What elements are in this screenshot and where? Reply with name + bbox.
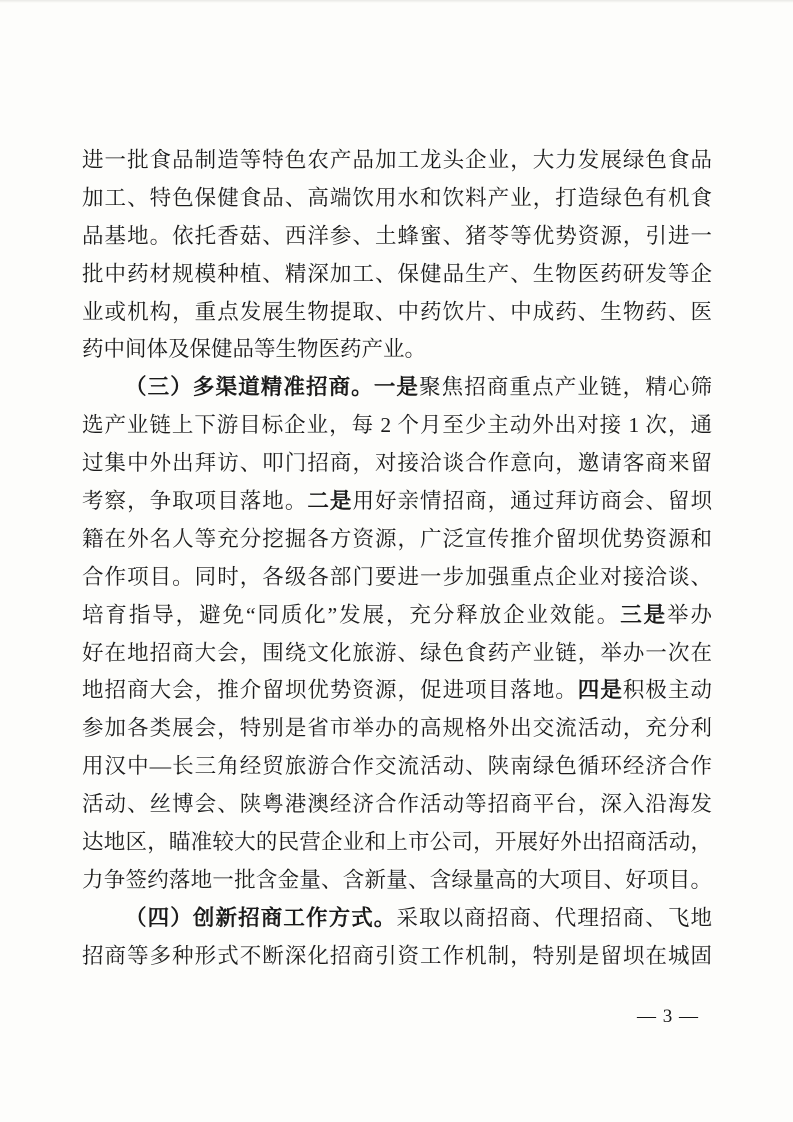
text-line: 培育指导，避免“同质化”发展，充分释放企业效能。三是举办 xyxy=(82,597,712,635)
body-text: 加工、特色保健食品、高端饮用水和饮料产业，打造绿色有机食 xyxy=(82,186,712,210)
text-line: 活动、丝博会、陕粤港澳经济合作活动等招商平台，深入沿海发 xyxy=(82,786,712,824)
emphasis-text: 四是 xyxy=(578,678,623,702)
body-text: 用好亲情招商，通过拜访商会、留坝 xyxy=(352,489,712,513)
text-line: 参加各类展会，特别是省市举办的高规格外出交流活动，充分利 xyxy=(82,710,712,748)
body-text: 地招商大会，推介留坝优势资源，促进项目落地。 xyxy=(82,678,578,702)
text-line: 籍在外名人等充分挖掘各方资源，广泛宣传推介留坝优势资源和 xyxy=(82,521,712,559)
emphasis-text: （四）创新招商工作方式。 xyxy=(125,906,396,930)
body-text: 过集中外出拜访、叩门招商，对接洽谈合作意向，邀请客商来留 xyxy=(82,451,712,475)
body-text: 选产业链上下游目标企业，每 2 个月至少主动外出对接 1 次，通 xyxy=(82,413,712,437)
document-page: 进一批食品制造等特色农产品加工龙头企业，大力发展绿色食品加工、特色保健食品、高端… xyxy=(0,0,793,1122)
text-line: 达地区，瞄准较大的民营企业和上市公司，开展好外出招商活动， xyxy=(82,824,712,862)
page-number: — 3 — xyxy=(637,1003,699,1031)
text-line: 地招商大会，推介留坝优势资源，促进项目落地。四是积极主动 xyxy=(82,672,712,710)
text-line: 品基地。依托香菇、西洋参、土蜂蜜、猪苓等优势资源，引进一 xyxy=(82,218,712,256)
body-text: 考察，争取项目落地。 xyxy=(82,489,307,513)
body-text: 积极主动 xyxy=(623,678,712,702)
scan-edge-artifact xyxy=(0,0,793,3)
text-line: 力争签约落地一批含金量、含新量、含绿量高的大项目、好项目。 xyxy=(82,862,712,900)
body-text: 力争签约落地一批含金量、含新量、含绿量高的大项目、好项目。 xyxy=(82,868,712,892)
text-line: 进一批食品制造等特色农产品加工龙头企业，大力发展绿色食品 xyxy=(82,142,712,180)
emphasis-text: 二是 xyxy=(307,489,352,513)
body-text: 举办 xyxy=(667,603,712,627)
body-text: 用汉中—长三角经贸旅游合作交流活动、陕南绿色循环经济合作 xyxy=(82,754,712,778)
body-text: 聚焦招商重点产业链，精心筛 xyxy=(419,375,712,399)
text-line: （四）创新招商工作方式。采取以商招商、代理招商、飞地 xyxy=(82,900,712,938)
body-text: 招商等多种形式不断深化招商引资工作机制，特别是留坝在城固 xyxy=(82,944,712,968)
text-line: 业或机构，重点发展生物提取、中药饮片、中成药、生物药、医 xyxy=(82,294,712,332)
text-line: 用汉中—长三角经贸旅游合作交流活动、陕南绿色循环经济合作 xyxy=(82,748,712,786)
emphasis-text: 一是 xyxy=(374,375,419,399)
text-line: 选产业链上下游目标企业，每 2 个月至少主动外出对接 1 次，通 xyxy=(82,407,712,445)
body-text: 批中药材规模种植、精深加工、保健品生产、生物医药研发等企 xyxy=(82,262,712,286)
body-text: 品基地。依托香菇、西洋参、土蜂蜜、猪苓等优势资源，引进一 xyxy=(82,224,712,248)
text-line: 加工、特色保健食品、高端饮用水和饮料产业，打造绿色有机食 xyxy=(82,180,712,218)
body-text: 好在地招商大会，围绕文化旅游、绿色食药产业链，举办一次在 xyxy=(82,641,712,665)
body-text: 业或机构，重点发展生物提取、中药饮片、中成药、生物药、医 xyxy=(82,300,712,324)
text-line: 合作项目。同时，各级各部门要进一步加强重点企业对接洽谈、 xyxy=(82,559,712,597)
body-text: 培育指导，避免“同质化”发展，充分释放企业效能。 xyxy=(82,603,620,627)
text-line: 考察，争取项目落地。二是用好亲情招商，通过拜访商会、留坝 xyxy=(82,483,712,521)
text-line: 过集中外出拜访、叩门招商，对接洽谈合作意向，邀请客商来留 xyxy=(82,445,712,483)
body-text: 达地区，瞄准较大的民营企业和上市公司，开展好外出招商活动， xyxy=(82,830,712,854)
body-text: 采取以商招商、代理招商、飞地 xyxy=(396,906,712,930)
body-text: 合作项目。同时，各级各部门要进一步加强重点企业对接洽谈、 xyxy=(82,565,712,589)
body-text: 药中间体及保健品等生物医药产业。 xyxy=(82,337,426,361)
body-text: 参加各类展会，特别是省市举办的高规格外出交流活动，充分利 xyxy=(82,716,712,740)
text-line: 批中药材规模种植、精深加工、保健品生产、生物医药研发等企 xyxy=(82,256,712,294)
emphasis-text: （三）多渠道精准招商。 xyxy=(125,375,374,399)
text-line: 好在地招商大会，围绕文化旅游、绿色食药产业链，举办一次在 xyxy=(82,635,712,673)
text-line: （三）多渠道精准招商。一是聚焦招商重点产业链，精心筛 xyxy=(82,369,712,407)
body-text: 活动、丝博会、陕粤港澳经济合作活动等招商平台，深入沿海发 xyxy=(82,792,712,816)
text-line: 药中间体及保健品等生物医药产业。 xyxy=(82,331,712,369)
text-block: 进一批食品制造等特色农产品加工龙头企业，大力发展绿色食品加工、特色保健食品、高端… xyxy=(82,142,712,976)
body-text: 籍在外名人等充分挖掘各方资源，广泛宣传推介留坝优势资源和 xyxy=(82,527,712,551)
body-text: 进一批食品制造等特色农产品加工龙头企业，大力发展绿色食品 xyxy=(82,148,712,172)
emphasis-text: 三是 xyxy=(620,603,667,627)
text-line: 招商等多种形式不断深化招商引资工作机制，特别是留坝在城固 xyxy=(82,938,712,976)
